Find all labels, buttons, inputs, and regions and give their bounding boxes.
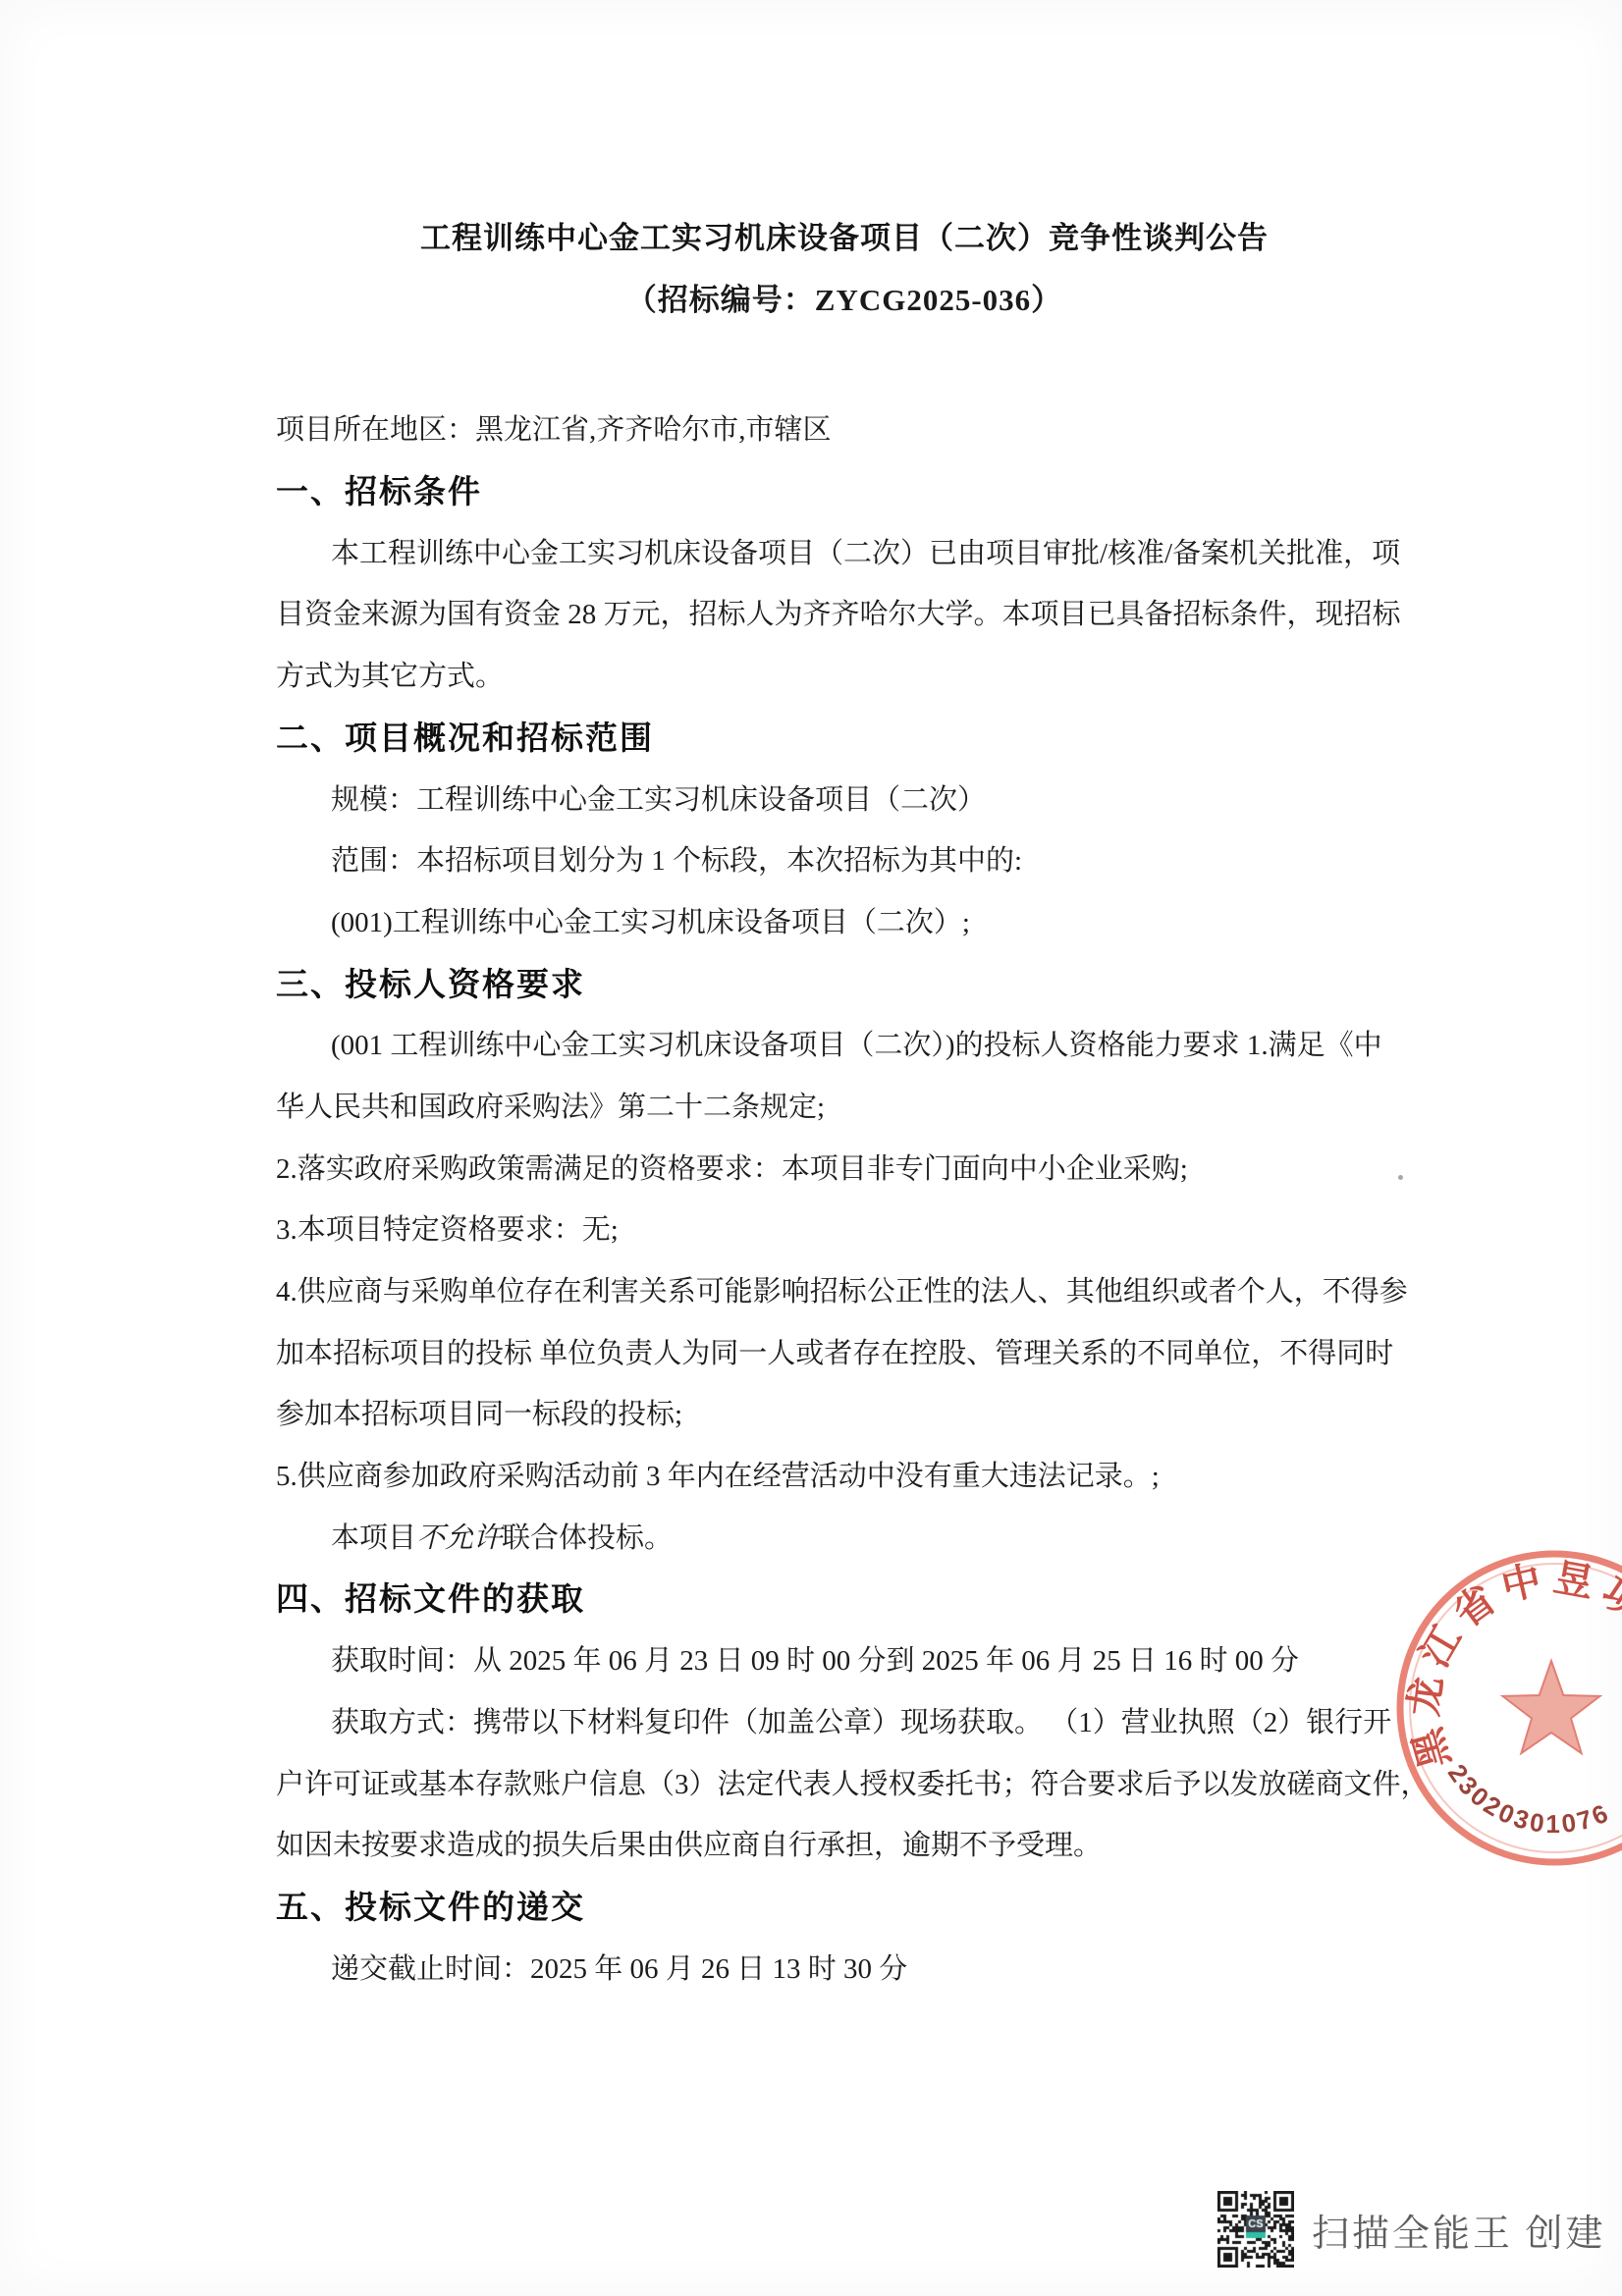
qr-code [1217, 2191, 1294, 2268]
section-heading: 三、投标人资格要求 [276, 954, 1413, 1016]
section-heading: 一、招标条件 [276, 461, 1413, 523]
text-line: 目资金来源为国有资金 28 万元，招标人为齐齐哈尔大学。本项目已具备招标条件，现… [276, 584, 1413, 646]
document-body: 一、招标条件本工程训练中心金工实习机床设备项目（二次）已由项目审批/核准/备案机… [276, 461, 1413, 2000]
text-line: 户许可证或基本存款账户信息（3）法定代表人授权委托书；符合要求后予以发放磋商文件… [276, 1754, 1413, 1816]
text-line: 本工程训练中心金工实习机床设备项目（二次）已由项目审批/核准/备案机关批准，项 [276, 523, 1413, 585]
seal-star-icon [1503, 1661, 1600, 1753]
text-line: 参加本招标项目同一标段的投标; [276, 1384, 1413, 1446]
text-line: (001 工程训练中心金工实习机床设备项目（二次）)的投标人资格能力要求 1.满… [276, 1015, 1413, 1077]
text-line: 如因未按要求造成的损失后果由供应商自行承担，逾期不予受理。 [276, 1815, 1413, 1877]
text-line: 方式为其它方式。 [276, 646, 1413, 708]
section-heading: 四、招标文件的获取 [276, 1569, 1413, 1630]
text-line: 2.落实政府采购政策需满足的资格要求：本项目非专门面向中小企业采购; [276, 1139, 1413, 1201]
text-line: 3.本项目特定资格要求：无; [276, 1200, 1413, 1261]
section-heading: 五、投标文件的递交 [276, 1877, 1413, 1939]
scanned-page: 工程训练中心金工实习机床设备项目（二次）竞争性谈判公告 （招标编号：ZYCG20… [0, 0, 1622, 2296]
text-line: 规模：工程训练中心金工实习机床设备项目（二次） [276, 770, 1413, 831]
document-content: 工程训练中心金工实习机床设备项目（二次）竞争性谈判公告 （招标编号：ZYCG20… [276, 208, 1413, 2000]
scanner-note-text: 扫描全能王 创建 [1312, 2203, 1606, 2257]
scanner-footer: 扫描全能王 创建 [1217, 2191, 1606, 2268]
text-line: 获取方式：携带以下材料复印件（加盖公章）现场获取。 （1）营业执照（2）银行开 [276, 1692, 1413, 1754]
spacer [276, 331, 1413, 400]
text-line: 获取时间：从 2025 年 06 月 23 日 09 时 00 分到 2025 … [276, 1630, 1413, 1692]
text-line: 加本招标项目的投标 单位负责人为同一人或者存在控股、管理关系的不同单位，不得同时 [276, 1323, 1413, 1385]
text-line: 4.供应商与采购单位存在利害关系可能影响招标公正性的法人、其他组织或者个人，不得… [276, 1261, 1413, 1323]
section-heading: 二、项目概况和招标范围 [276, 708, 1413, 770]
text-line: 本项目不允许联合体投标。 [276, 1508, 1413, 1570]
plain-text: 本项目 [331, 1522, 416, 1554]
seal-company-arc-text: 黑龙江省中昱项 [1401, 1555, 1622, 1773]
tender-number: （招标编号：ZYCG2025-036） [276, 270, 1413, 332]
text-line: 递交截止时间：2025 年 06 月 26 日 13 时 30 分 [276, 1939, 1413, 2001]
plain-text: 联合体投标。 [502, 1522, 673, 1554]
text-line: 范围：本招标项目划分为 1 个标段，本次招标为其中的: [276, 830, 1413, 892]
text-line: (001)工程训练中心金工实习机床设备项目（二次）; [276, 892, 1413, 954]
page-title: 工程训练中心金工实习机床设备项目（二次）竞争性谈判公告 [276, 208, 1413, 270]
project-location-line: 项目所在地区：黑龙江省,齐齐哈尔市,市辖区 [276, 400, 1413, 461]
scan-artifact-dot [1398, 1175, 1403, 1180]
text-line: 华人民共和国政府采购法》第二十二条规定; [276, 1077, 1413, 1139]
text-line: 5.供应商参加政府采购活动前 3 年内在经营活动中没有重大违法记录。; [276, 1446, 1413, 1508]
red-seal-stamp: 黑龙江省中昱项 23020301076195 [1365, 1520, 1622, 1902]
italic-text: 不允许 [416, 1522, 502, 1554]
